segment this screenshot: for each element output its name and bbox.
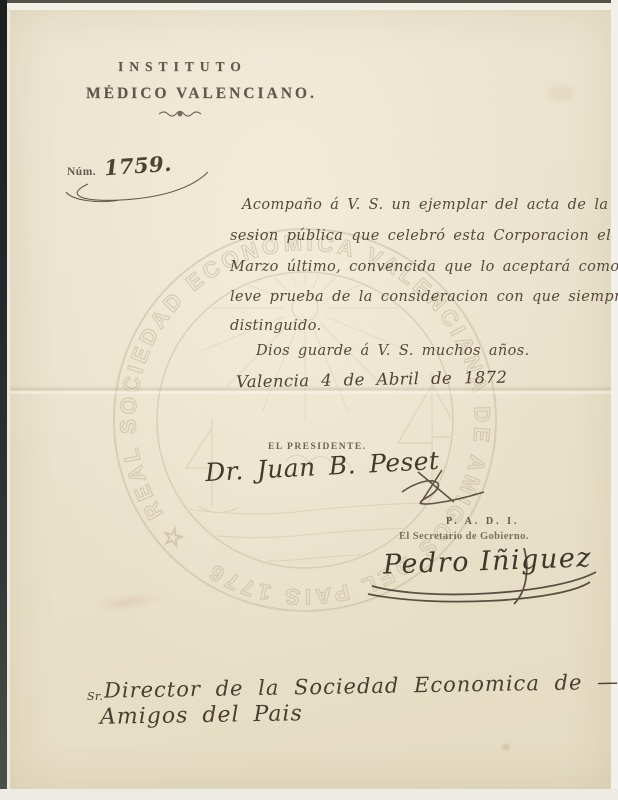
scan-margin-left — [7, 8, 10, 800]
address-line-2: Amigos del Pais — [100, 701, 303, 730]
body-line-6: Dios guarde á V. S. muchos años. — [256, 343, 601, 359]
scan-margin-bottom — [0, 789, 618, 800]
body-line-1: Acompaño á V. S. un ejemplar del acta de… — [242, 197, 587, 213]
padi-label: P. A. D. I. — [446, 516, 519, 527]
address-salutation: Sr. — [87, 690, 103, 703]
number-label: Núm. — [67, 166, 96, 178]
paper-stain — [548, 86, 574, 100]
paper-stain — [502, 744, 510, 750]
body-line-2: sesion pública que celebró esta Corporac… — [230, 228, 575, 244]
letterhead-ornament-icon — [158, 108, 202, 120]
letterhead-institute-name: INSTITUTO — [118, 59, 247, 75]
letterhead-institute-name-2: MÉDICO VALENCIANO. — [86, 85, 317, 103]
scanned-letter-page: ★ REAL SOCIEDAD ECONOMICA VALENCIANA DE … — [0, 0, 618, 800]
body-line-5: distinguido. — [230, 318, 575, 334]
scan-margin-top — [0, 3, 618, 10]
scan-edge-left — [0, 0, 7, 800]
body-line-4: leve prueba de la consideracion con que … — [230, 289, 575, 305]
secretary-title: El Secretario de Gobierno. — [399, 531, 529, 542]
body-line-3: Marzo último, convencida que lo aceptará… — [230, 259, 575, 275]
number-value: 1759. — [103, 151, 172, 181]
